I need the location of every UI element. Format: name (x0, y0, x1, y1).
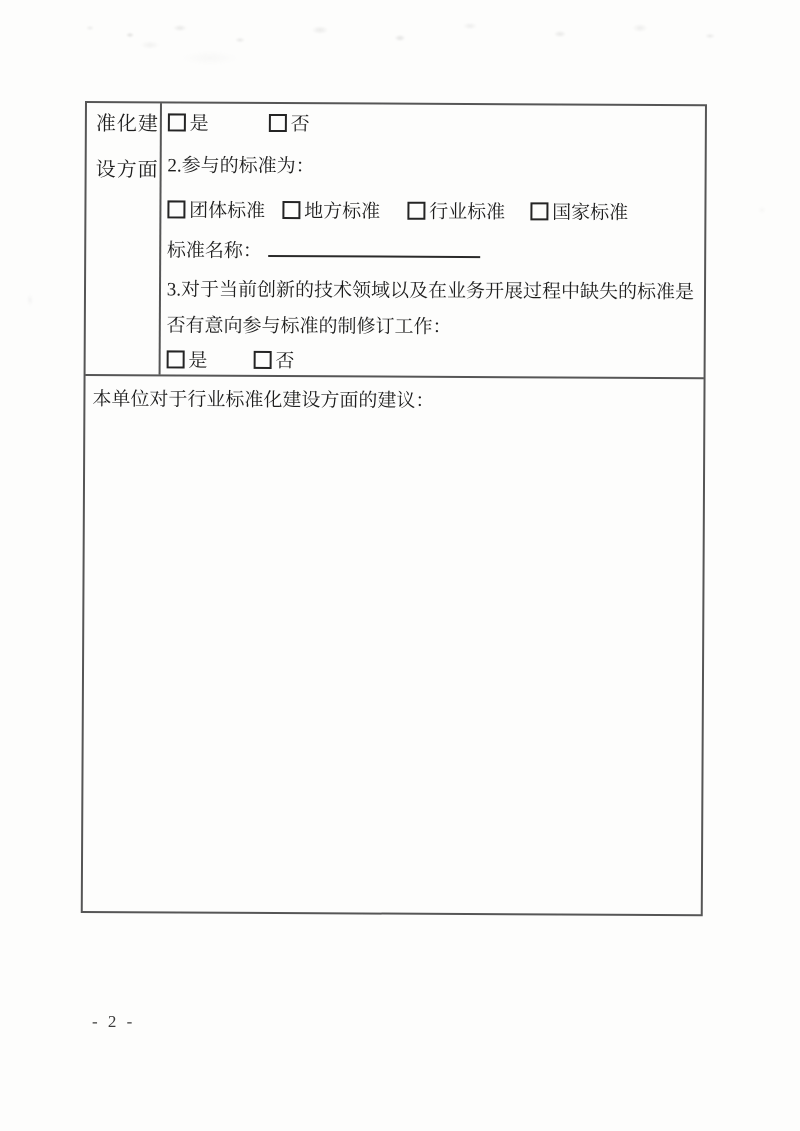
checkbox-group-standard (167, 200, 185, 218)
table-row-suggestions: 本单位对于行业标准化建设方面的建议： (83, 376, 704, 910)
checkbox-local-standard (282, 201, 300, 219)
checkbox-q1-yes-label: 是 (190, 114, 209, 135)
checkbox-q1-no (269, 114, 287, 132)
standard-name-blank-line (268, 237, 480, 258)
q1-yes-no-line: 是否 (168, 113, 695, 138)
standard-name-label: 标准名称： (167, 240, 262, 261)
checkbox-local-standard-label: 地方标准 (304, 201, 380, 222)
suggestions-title: 本单位对于行业标准化建设方面的建议： (92, 388, 693, 414)
checkbox-q3-no-label: 否 (275, 351, 294, 372)
row-header-standardization-cell: 准化建 设方面 (86, 103, 162, 374)
checkbox-q3-yes-label: 是 (188, 351, 207, 372)
q3-text-line-2: 否有意向参与标准的制修订工作： (166, 315, 693, 340)
q3-yes-no-line: 是否 (166, 350, 693, 375)
q2-label: 2.参与的标准为： (167, 155, 694, 180)
form-table: 准化建 设方面 是否 2.参与的标准为： 团体标准地方标准行业标准国家标准 标准… (81, 101, 707, 916)
row-header-line-1: 准化建 (96, 113, 160, 135)
q3-text-line-1: 3.对于当前创新的技术领域以及在业务开展过程中缺失的标准是 (167, 279, 694, 304)
standardization-content-cell: 是否 2.参与的标准为： 团体标准地方标准行业标准国家标准 标准名称： 3.对于… (160, 103, 705, 377)
checkbox-industry-standard-label: 行业标准 (429, 202, 505, 223)
checkbox-group-standard-label: 团体标准 (189, 201, 265, 222)
checkbox-industry-standard (407, 202, 425, 220)
checkbox-q1-yes (168, 113, 186, 131)
page-number: - 2 - (92, 1012, 135, 1032)
row-header-line-2: 设方面 (96, 159, 160, 181)
checkbox-national-standard (530, 202, 548, 220)
checkbox-q3-no (253, 351, 271, 369)
checkbox-q1-no-label: 否 (291, 114, 310, 135)
checkbox-q3-yes (166, 350, 184, 368)
table-row-standardization: 准化建 设方面 是否 2.参与的标准为： 团体标准地方标准行业标准国家标准 标准… (86, 103, 705, 379)
standard-name-line: 标准名称： (167, 236, 694, 265)
checkbox-national-standard-label: 国家标准 (552, 202, 628, 223)
q2-options-line: 团体标准地方标准行业标准国家标准 (167, 200, 694, 225)
